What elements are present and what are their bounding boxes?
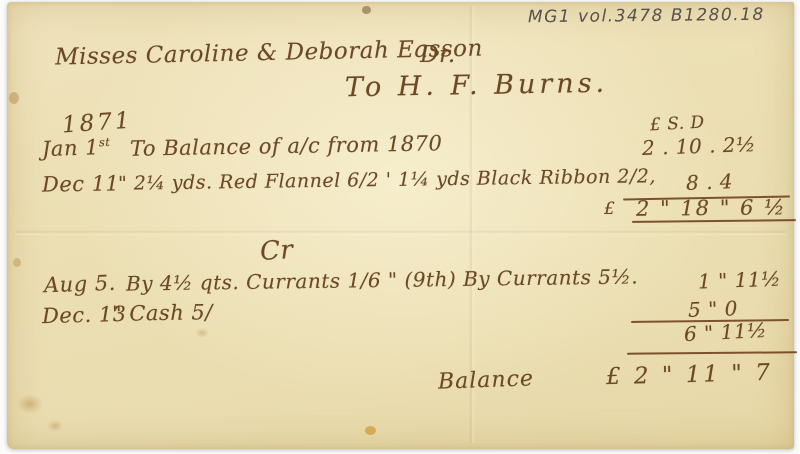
- currency-column-header: £ S. D: [650, 113, 706, 136]
- ledger-year: 1871: [61, 108, 133, 139]
- balance-amount: £ 2 " 11 " 7: [606, 360, 774, 390]
- creditor-name: To H. F. Burns.: [345, 68, 609, 104]
- credit-row-amount: 1 " 11½: [698, 267, 782, 294]
- debit-row-date: Jan 1st: [42, 135, 111, 161]
- debit-row-date: Dec 11: [42, 171, 120, 196]
- stain-spot: [195, 328, 209, 338]
- debit-total-amount: 2 " 18 " 6 ½: [636, 195, 787, 221]
- debit-row-amount: 2 . 10 . 2½: [642, 132, 757, 160]
- credit-row-description: " Cash 5/: [112, 300, 213, 326]
- credit-total-amount: 6 " 11½: [683, 318, 767, 346]
- stain-spot: [13, 258, 21, 267]
- debit-row-amount: 8 . 4: [686, 169, 734, 195]
- stain-spot: [362, 6, 371, 14]
- balance-label: Balance: [438, 366, 535, 394]
- scanned-receipt: MG1 vol.3478 B1280.18 Misses Caroline & …: [0, 0, 800, 454]
- debtor-marker: Dr.: [420, 42, 456, 68]
- debit-total-currency-symbol: £: [604, 199, 615, 219]
- credit-row-amount: 5 " 0: [688, 296, 739, 322]
- date-ordinal-suffix: st: [99, 135, 111, 149]
- debit-row-date-text: Jan 1: [42, 135, 100, 161]
- stain-spot: [47, 420, 63, 432]
- credit-section-heading: Cr: [259, 235, 294, 267]
- stain-spot: [17, 394, 43, 414]
- stain-spot: [9, 92, 19, 104]
- archive-reference: MG1 vol.3478 B1280.18: [528, 5, 765, 27]
- stain-spot: [365, 426, 376, 435]
- fold-crease-horizontal: [15, 230, 786, 236]
- credit-row-date: Aug 5.: [44, 271, 117, 297]
